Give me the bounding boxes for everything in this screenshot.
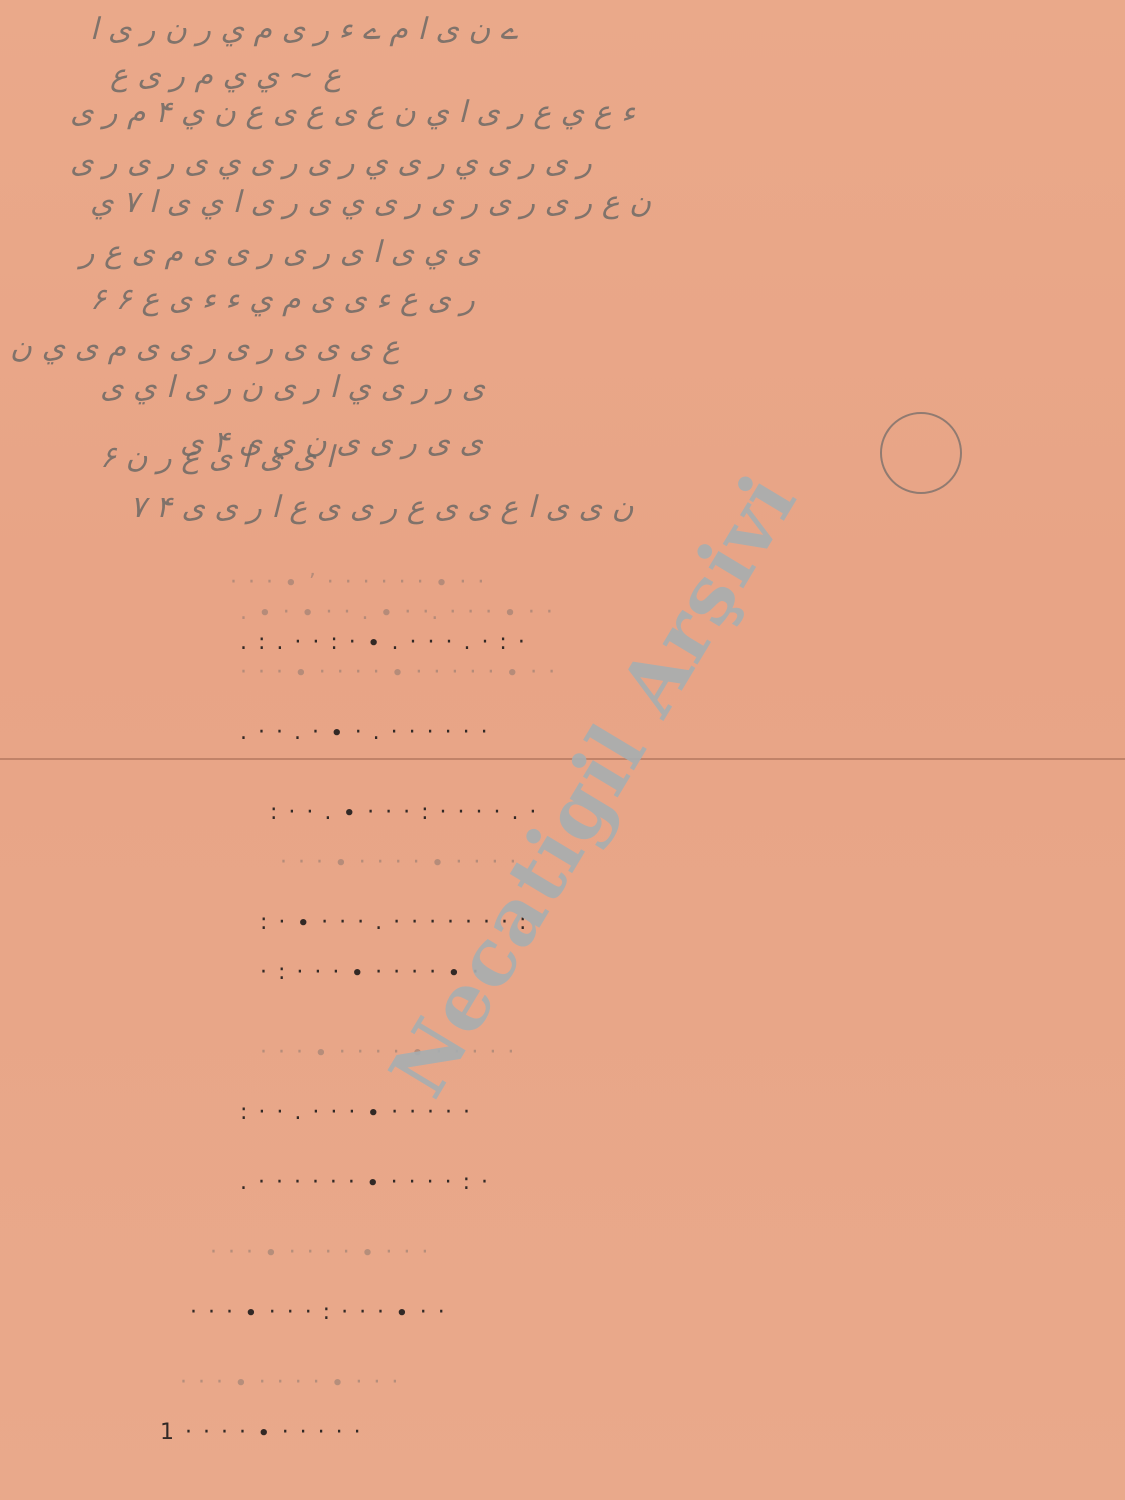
pencil-line: ع ى ى ى ر ى ر ى ى م ى ي ن [10,330,400,365]
pencil-line: ن ع ر ى ر ى ر ى ر ى ي ى ر ى ا ي ى ا ۷ ي [90,185,651,220]
archive-watermark: Necatigil Arşivi [373,459,815,1112]
bleed-through-line: . · · . · ∙ · . · · · · · · [240,720,490,745]
pencil-line: ى ر ر ى ي ا ر ى ن ر ى ا ي ى [100,370,485,405]
bleed-through-line: . ∙ · ∙ · · . ∙ · ·. · · · ∙ · · [240,600,555,625]
pencil-line: ے ن ی ا م ے ء ر ى م ي ر ن ر ى ا [90,12,518,47]
bleed-through-line: · · · ∙ · · · · ∙ · · · · · ∙ · · [240,660,557,685]
bleed-through-line: · · · ∙ · · · : · · · ∙ · · [190,1300,447,1325]
bleed-through-line: · · · ∙ · · · · ∙ · · · · [280,850,518,875]
bleed-through-line: · · · ∙ · · · · ∙ · · · [210,1240,430,1265]
pencil-line: ا ى ى ا ى ع ر ن ۶ [100,440,334,475]
bleed-through-line: . · · · · · · ∙ · · · · : · [240,1170,490,1195]
pencil-line: ء ع ي ع ر ى ا ي ن ع ى ع ى ع ن ي ۴ م ر ى [70,95,635,130]
bleed-through-line: 1 · · · · ∙ · · · · · [160,1420,363,1445]
pencil-line: ر ى ر ى ي ر ى ي ر ى ر ى ي ى ر ى ر ى [70,145,592,180]
bleed-through-line: . : . · · : · ∙ . · · · . · : · [240,630,527,655]
pencil-line: ى ي ى ا ى ر ى ر ى ى م ى ع ر [80,235,480,270]
bleed-through-line: : · · . ∙ · · · : · · · · . · [270,800,538,825]
bleed-through-line: · · · ∙ ʼ · · · · · · ∙ · · [230,570,486,595]
bleed-through-line: · · · ∙ · · · · ∙ · · · [180,1370,400,1395]
circled-mark [880,412,962,494]
pencil-line: ع ~ ي ي م ر ى ع [110,58,341,93]
pencil-line: ن ى ى ا ع ى ى ع ر ى ى ع ا ر ى ى ۴ ٧ [130,490,634,525]
manuscript-page: ے ن ی ا م ے ء ر ى م ي ر ن ر ى ا ع ~ ي ي … [0,0,1125,1500]
pencil-line: ر ى ع ء ى ى م ي ء ء ى ع ۶ ۶ [90,282,475,317]
